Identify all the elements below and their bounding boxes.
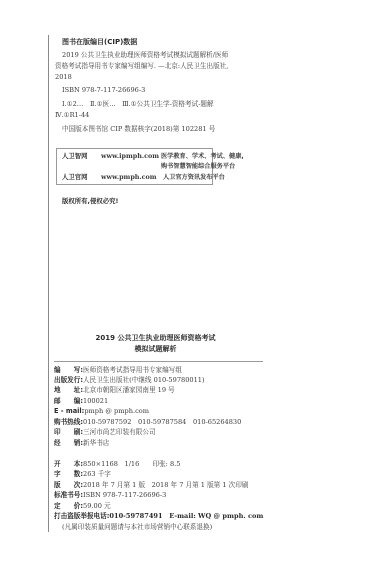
cip-isbn: ISBN 978-7-117-26696-3 <box>62 86 145 95</box>
book-title-line-2: 模拟试题解析 <box>48 345 263 354</box>
quality-note: (凡属印装质量问题请与本社市场营销中心联系退换) <box>62 523 212 532</box>
colophon-row: 购书热线:010-59787592 010-59787584 010-65264… <box>54 418 241 427</box>
copyright-page: 图书在版编目(CIP)数据 2019 公共卫生执业助理医师资格考试模拟试题解析/… <box>0 0 375 574</box>
left-margin-rule <box>48 35 49 532</box>
cip-line-2: 资格考试指导用书专家编写组编写. —北京:人民卫生出版社, <box>55 62 228 71</box>
colophon-row: 印 刷:三河市尚艺印装有限公司 <box>54 428 156 437</box>
colophon-row: 编 写:医师资格考试指导用书专家编写组 <box>54 366 182 375</box>
piracy-label: 打击盗版举报电话: <box>54 512 109 521</box>
site-url-pmph[interactable]: www.pmph.com <box>101 173 157 182</box>
site-desc-ipmph-1: 医学教育、学术、考试、健康, <box>161 152 244 161</box>
colophon-row: 版 次:2018 年 7 月第 1 版 2018 年 7 月第 1 版第 1 次… <box>54 481 248 490</box>
site-desc-pmph: 人卫官方资讯发布平台 <box>163 173 225 182</box>
colophon-row: 字 数:263 千字 <box>54 470 111 479</box>
piracy-report-line: 打击盗版举报电话:010-59787491 E-mail: WQ @ pmph.… <box>54 512 263 521</box>
site-name-ipmph: 人卫智网 <box>62 152 88 161</box>
piracy-contact: 010-59787491 E-mail: WQ @ pmph. com <box>109 512 263 520</box>
cip-number: 中国版本图书馆 CIP 数据核字(2018)第 102281 号 <box>62 125 215 134</box>
title-divider <box>54 361 263 362</box>
cip-line-3: 2018 <box>55 73 72 82</box>
colophon-row: E - mail:pmph @ pmph.com <box>54 407 149 416</box>
cip-line-1: 2019 公共卫生执业助理医师资格考试模拟试题解析/医师 <box>62 51 228 60</box>
colophon-row: 出版发行:人民卫生出版社(中继线 010-59780011) <box>54 376 205 385</box>
colophon-row: 地 址:北京市朝阳区潘家园南里 19 号 <box>54 386 175 395</box>
site-name-pmph: 人卫官网 <box>62 173 88 182</box>
colophon-row: 经 销:新华书店 <box>54 439 109 448</box>
copyright-notice: 版权所有,侵权必究! <box>62 197 118 206</box>
cip-classification-2: Ⅳ.①R1-44 <box>55 111 89 120</box>
colophon-row: 定 价:59.00 元 <box>54 502 111 511</box>
site-url-ipmph[interactable]: www.ipmph.com <box>101 152 159 161</box>
cip-classification: Ⅰ.①2… Ⅱ.①医… Ⅲ.①公共卫生学-资格考试-题解 <box>62 100 214 109</box>
colophon-row: 邮 编:100021 <box>54 397 108 406</box>
colophon-row: 标准书号:ISBN 978-7-117-26696-3 <box>54 491 166 500</box>
book-title-line-1: 2019 公共卫生执业助理医师资格考试 <box>48 334 263 343</box>
colophon-row: 开 本:850×1168 1/16 印张: 8.5 <box>54 460 181 469</box>
site-desc-ipmph-2: 购书智慧智能综合服务平台 <box>161 162 235 171</box>
cip-title: 图书在版编目(CIP)数据 <box>62 38 137 47</box>
